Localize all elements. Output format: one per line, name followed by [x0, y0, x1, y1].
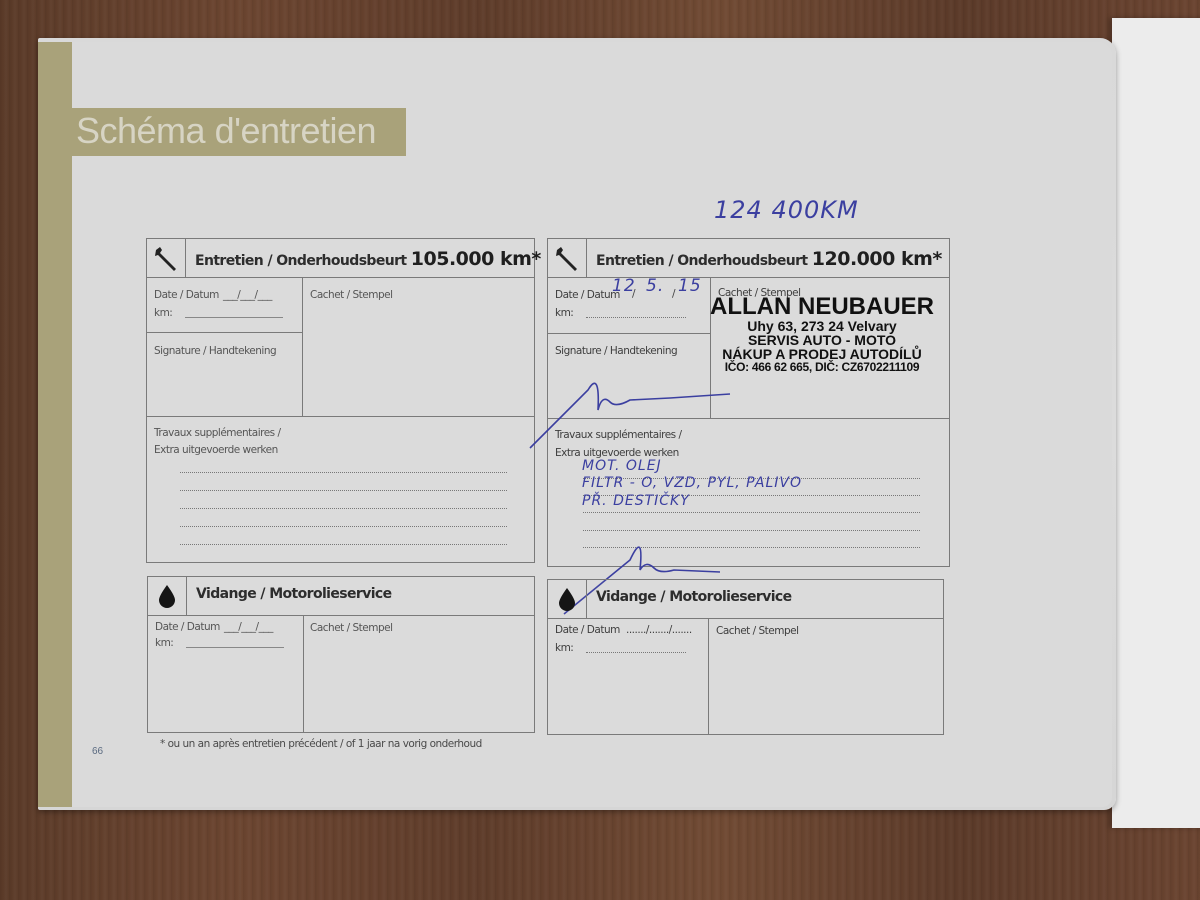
card-title: Entretien / Onderhoudsbeurt 105.000 km* — [195, 248, 541, 270]
km-label: km: — [555, 642, 573, 654]
extra-work-label-nl: Extra uitgevoerde werken — [154, 444, 278, 456]
date-field[interactable]: ___/___/___ — [224, 621, 273, 633]
date-separator: / — [672, 288, 675, 300]
card-km-interval: 105.000 km* — [411, 248, 541, 270]
handwritten-work-line: PŘ. DESTIČKY — [582, 493, 690, 509]
date-field[interactable]: ......./......./....... — [626, 624, 692, 636]
divider — [548, 333, 710, 334]
stamp-company: ALLAN NEUBAUER — [704, 295, 940, 319]
extra-work-line[interactable] — [180, 508, 507, 509]
km-label: km: — [155, 637, 173, 649]
service-card-105000: Entretien / Onderhoudsbeurt 105.000 km* … — [146, 238, 535, 563]
card-header: Entretien / Onderhoudsbeurt 105.000 km* — [147, 239, 534, 278]
card-header: Vidange / Motorolieservice — [148, 577, 534, 616]
handwritten-date-year: 15 — [678, 276, 702, 296]
km-field[interactable] — [586, 652, 686, 653]
card-title: Vidange / Motorolieservice — [196, 586, 392, 602]
date-label: Date / Datum — [555, 289, 620, 301]
extra-work-line[interactable] — [180, 526, 507, 527]
oil-service-card-right: Vidange / Motorolieservice Date / Datum … — [547, 579, 944, 735]
oil-drop-icon — [548, 580, 587, 618]
extra-work-line[interactable] — [180, 490, 507, 491]
card-header: Entretien / Onderhoudsbeurt 120.000 km* — [548, 239, 949, 278]
stamp-address: Uhy 63, 273 24 Velvary — [704, 319, 940, 333]
oil-drop-icon — [148, 577, 187, 615]
oil-service-card-left: Vidange / Motorolieservice Date / Datum … — [147, 576, 535, 733]
card-km-interval: 120.000 km* — [812, 248, 942, 270]
card-title: Entretien / Onderhoudsbeurt 120.000 km* — [596, 248, 942, 270]
date-label: Date / Datum — [155, 621, 220, 633]
km-label: km: — [555, 307, 573, 319]
date-field[interactable]: ___/___/___ — [223, 289, 272, 301]
extra-work-label-fr: Travaux supplémentaires / — [154, 427, 281, 439]
divider — [708, 618, 709, 734]
date-label: Date / Datum — [154, 289, 219, 301]
date-label: Date / Datum — [555, 624, 620, 636]
date-separator: / — [632, 288, 635, 300]
stamp-label: Cachet / Stempel — [310, 622, 393, 634]
stamp-label: Cachet / Stempel — [310, 289, 393, 301]
divider — [147, 416, 534, 417]
handwritten-work-line: FILTR - O, VZD, PYL, PALIVO — [582, 475, 802, 491]
wrench-icon — [548, 239, 587, 277]
divider — [147, 332, 302, 333]
km-field[interactable] — [186, 647, 284, 648]
handwritten-date-month: 5. — [646, 276, 664, 296]
extra-work-line[interactable] — [583, 512, 920, 513]
km-label: km: — [154, 307, 172, 319]
km-field[interactable] — [185, 317, 283, 318]
facing-page-edge — [1112, 18, 1200, 828]
signature-scribble — [520, 350, 750, 460]
card-title: Vidange / Motorolieservice — [596, 589, 792, 605]
stamp-label: Cachet / Stempel — [716, 625, 799, 637]
stamp-service-type: SERVIS AUTO - MOTO — [704, 333, 940, 347]
handwritten-work-line: MOT. OLEJ — [582, 458, 662, 474]
page-number: 66 — [92, 746, 103, 757]
card-title-text: Entretien / Onderhoudsbeurt — [596, 253, 808, 269]
divider — [303, 615, 304, 732]
extra-work-line[interactable] — [180, 472, 507, 473]
handwritten-odometer: 124 400KM — [714, 196, 859, 224]
wrench-icon — [147, 239, 186, 277]
card-header: Vidange / Motorolieservice — [548, 580, 943, 619]
divider — [302, 277, 303, 417]
card-title-text: Entretien / Onderhoudsbeurt — [195, 253, 407, 269]
footnote: * ou un an après entretien précédent / o… — [160, 738, 482, 750]
page-title: Schéma d'entretien — [76, 110, 376, 152]
extra-work-line[interactable] — [180, 544, 507, 545]
km-field[interactable] — [586, 317, 686, 318]
signature-label: Signature / Handtekening — [154, 345, 276, 357]
